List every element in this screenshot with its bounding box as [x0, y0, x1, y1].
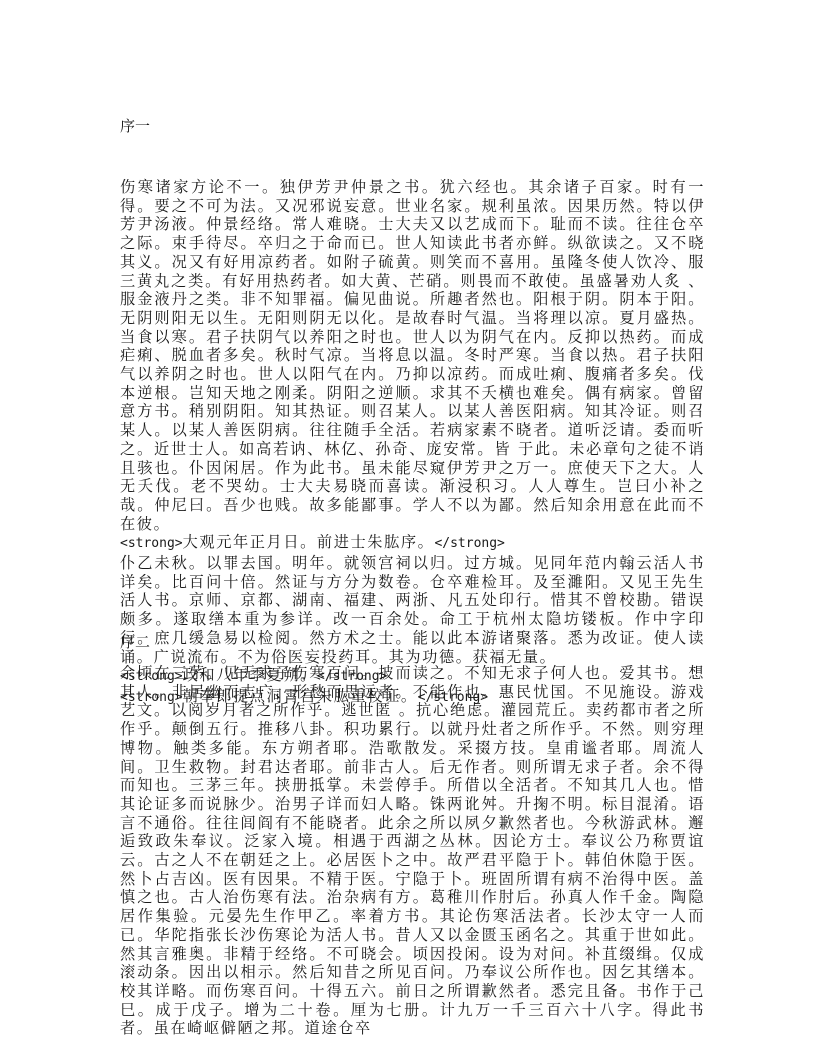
signature-text: 大观元年正月日。前进士朱肱序。 [183, 533, 435, 551]
paragraph: 伤寒诸家方论不一。独伊芳尹仲景之书。犹六经也。其余诸子百家。时有一得。要之不可为… [120, 178, 705, 533]
section-body-preface-2: 余顷在三茅。见无求子伤寒百问。披而读之。不知无求子何人也。爱其书。想其人。非居幽… [120, 664, 705, 1038]
paragraph: 仆乙未秋。以罪去国。明年。就领宫祠以归。过方城。见同年范内翰云活人书详矣。比百问… [120, 554, 705, 666]
section-title-preface-2: 序二 [120, 633, 150, 652]
section-title-preface-1: 序一 [120, 117, 150, 136]
section-body-preface-1: 伤寒诸家方论不一。独伊芳尹仲景之书。犹六经也。其余诸子百家。时有一得。要之不可为… [120, 178, 705, 708]
strong-open-tag: <strong> [120, 536, 183, 551]
strong-close-tag: </strong> [434, 536, 504, 551]
paragraph: 余顷在三茅。见无求子伤寒百问。披而读之。不知无求子何人也。爱其书。想其人。非居幽… [120, 664, 705, 1038]
signature-line: <strong>大观元年正月日。前进士朱肱序。</strong> [120, 533, 705, 554]
